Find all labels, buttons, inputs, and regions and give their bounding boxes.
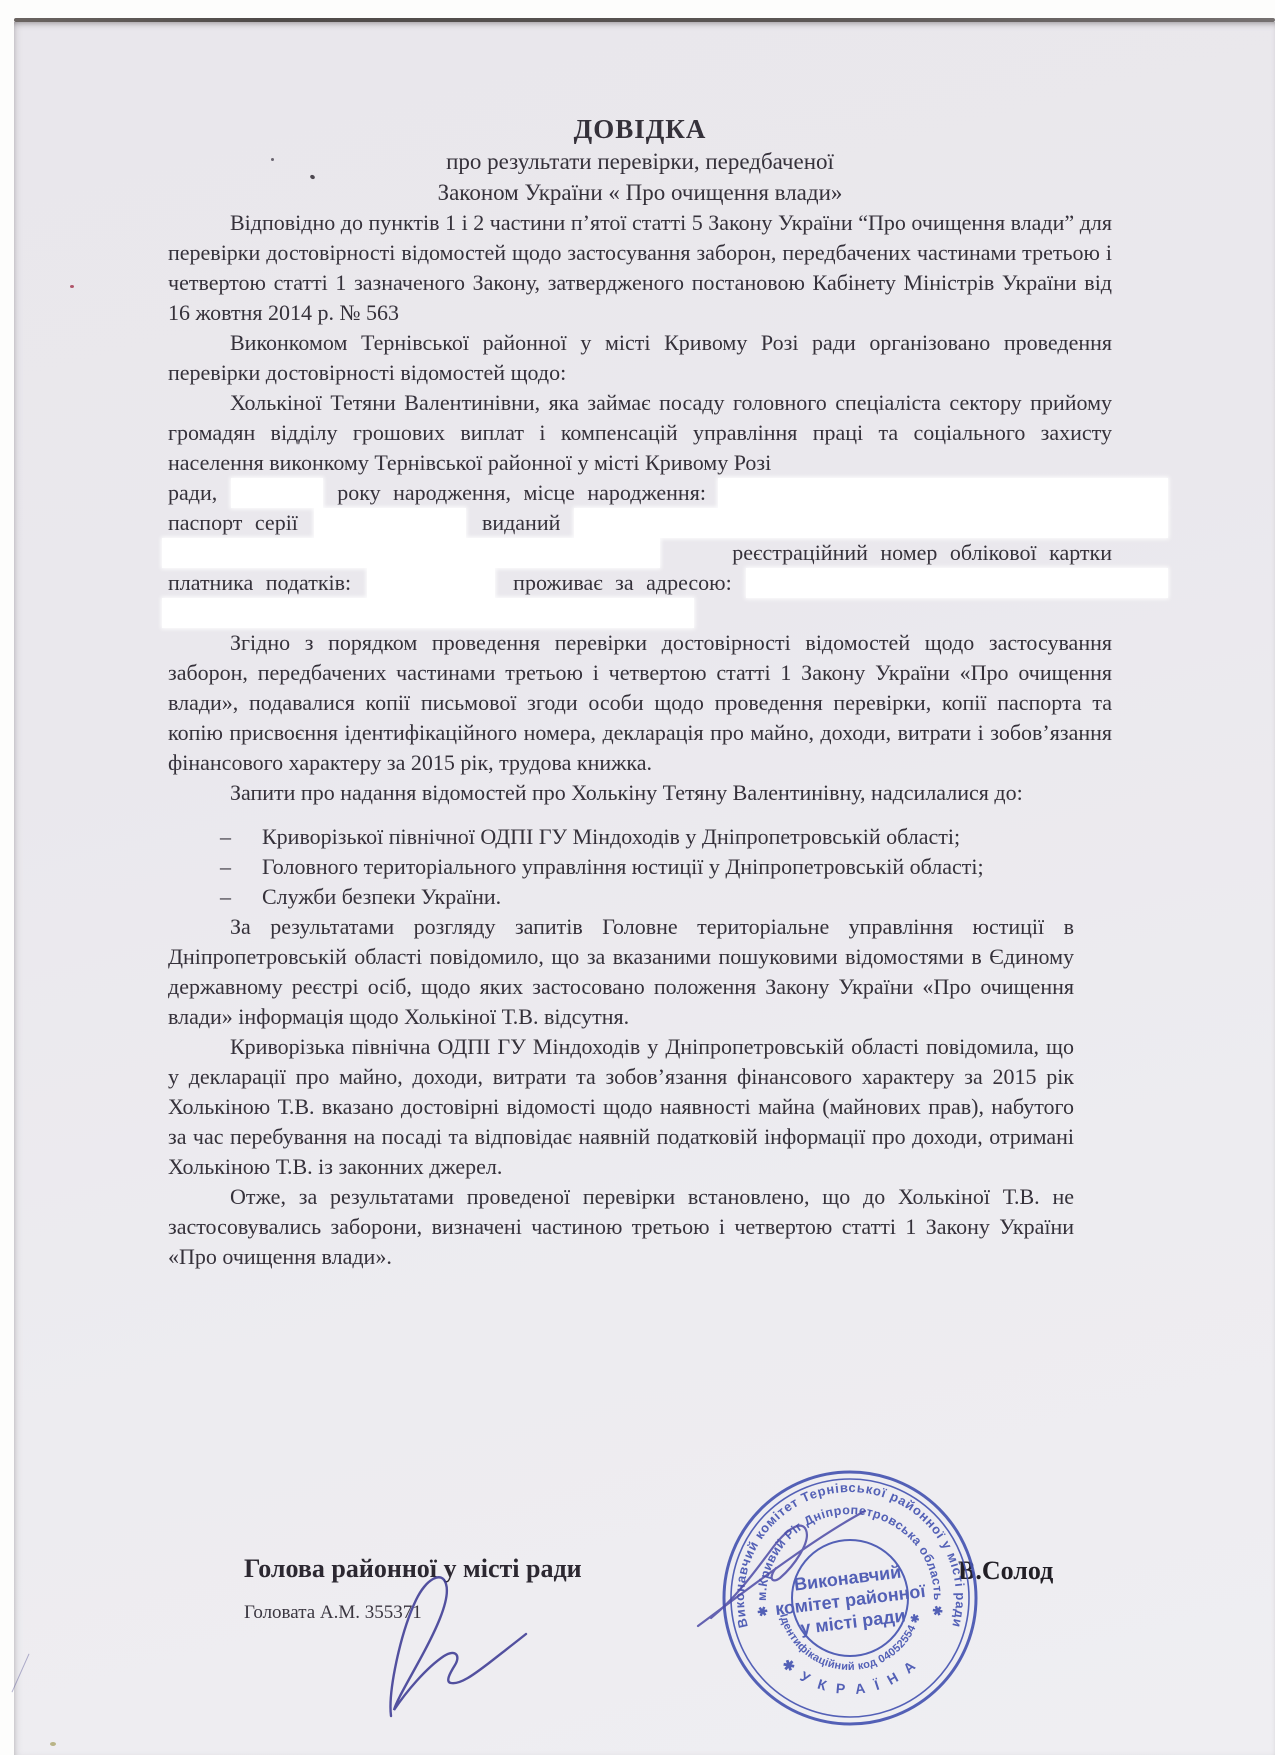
list-item: – Криворізької північної ОДПІ ГУ Міндохо… xyxy=(168,822,1112,852)
regnumber-label: реєстраційний номер облікової картки xyxy=(732,540,1112,566)
official-round-stamp: Виконавчий комітет Тернівської районної … xyxy=(720,1468,980,1728)
list-dash: – xyxy=(220,822,231,852)
scanned-document-page: { "document": { "title": "ДОВІДКА", "sub… xyxy=(0,0,1275,1755)
redaction-issuer-continued xyxy=(162,538,660,568)
paragraph-tax-result: Криворізька північна ОДПІ ГУ Міндоходів … xyxy=(168,1032,1074,1182)
redaction-passport-series xyxy=(314,508,466,538)
birth-line-prefix: ради, xyxy=(168,480,217,506)
request-recipients-list: – Криворізької північної ОДПІ ГУ Міндохо… xyxy=(168,822,1112,912)
stamp-svg: Виконавчий комітет Тернівської районної … xyxy=(720,1468,980,1728)
document-subtitle-2: Законом України « Про очищення влади» xyxy=(168,177,1112,208)
redaction-passport-issuer xyxy=(574,508,1168,538)
detail-line-regnumber: реєстраційний номер облікової картки xyxy=(168,538,1112,568)
list-item-text: Служби безпеки України. xyxy=(262,884,501,909)
list-item-text: Головного територіального управління юст… xyxy=(262,854,984,879)
redaction-birth-place xyxy=(718,478,1168,508)
paragraph-requests: Запити про надання відомостей про Холькі… xyxy=(168,778,1112,808)
detail-line-birth: ради, року народження, місце народження: xyxy=(168,478,1168,508)
passport-line-issued: виданий xyxy=(482,510,560,536)
redaction-birth-year xyxy=(231,478,323,508)
detail-line-passport: паспорт серії виданий xyxy=(168,508,1168,538)
scan-scratch xyxy=(12,1654,30,1693)
detail-line-taxpayer: платника податків: проживає за адресою: xyxy=(168,568,1168,598)
document-title: ДОВІДКА xyxy=(168,112,1112,146)
birth-line-label: року народження, місце народження: xyxy=(337,480,706,506)
document-content: ДОВІДКА про результати перевірки, передб… xyxy=(168,22,1112,1272)
list-dash: – xyxy=(220,852,231,882)
list-item-text: Криворізької північної ОДПІ ГУ Міндоході… xyxy=(262,824,960,849)
paper-sheet: ДОВІДКА про результати перевірки, передб… xyxy=(14,22,1275,1755)
title-block: ДОВІДКА про результати перевірки, передб… xyxy=(168,112,1112,208)
passport-line-prefix: паспорт серії xyxy=(168,510,298,536)
redaction-address-continued xyxy=(162,598,694,628)
taxpayer-label: платника податків: xyxy=(168,570,351,596)
detail-line-address-continued xyxy=(168,598,1112,628)
paragraph-procedure: Згідно з порядком проведення перевірки д… xyxy=(168,628,1112,778)
document-subtitle-1: про результати перевірки, передбаченої xyxy=(168,146,1112,177)
paragraph-conclusion: Отже, за результатами проведеної перевір… xyxy=(168,1182,1074,1272)
redaction-address xyxy=(746,568,1168,598)
list-item: – Служби безпеки України. xyxy=(168,882,1112,912)
paragraph-justice-result: За результатами розгляду запитів Головне… xyxy=(168,912,1074,1032)
scan-speck xyxy=(50,1742,56,1746)
signer-title: Голова районної у місті ради xyxy=(244,1554,582,1584)
paragraph-organizer: Виконкомом Тернівської районної у місті … xyxy=(168,328,1112,388)
paragraph-legal-basis: Відповідно до пунктів 1 і 2 частини п’ят… xyxy=(168,208,1112,328)
list-item: – Головного територіального управління ю… xyxy=(168,852,1112,882)
scan-speck xyxy=(271,158,274,161)
main-signature xyxy=(391,1577,526,1716)
paragraph-person: Холькіної Тетяни Валентинівни, яка займа… xyxy=(168,388,1112,478)
signer-note: Головата А.М. 355371 xyxy=(244,1602,422,1624)
redaction-tax-number xyxy=(367,568,495,598)
address-label: проживає за адресою: xyxy=(513,570,732,596)
list-dash: – xyxy=(220,882,231,912)
scan-speck xyxy=(70,285,74,288)
